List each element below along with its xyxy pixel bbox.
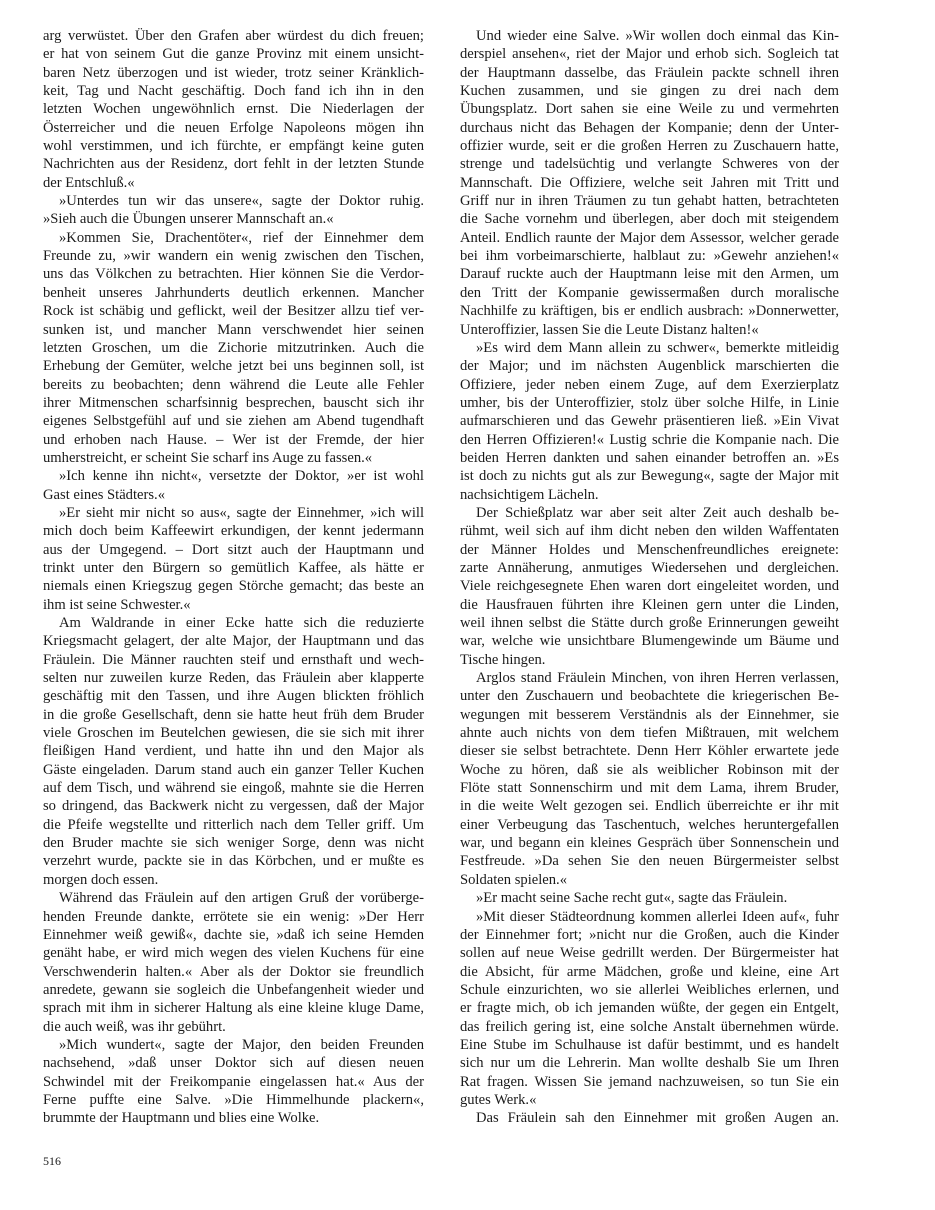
text-line: strenge und tadelsüchtig und verlangte S…: [460, 155, 839, 173]
text-line: dieser sie selbst betrachtete. Denn Herr…: [460, 742, 839, 760]
text-line: den Bruder machte sie sich weniger Sorge…: [43, 834, 424, 852]
text-line: Österreicher und die neuen Erfolge Napol…: [43, 119, 424, 137]
text-line: unter den Zuschauern und beobachtete die…: [460, 687, 839, 705]
text-line: Darauf ruckte auch der Hauptmann leise m…: [460, 265, 839, 283]
text-line: Anteil. Endlich raunte der Major dem Ass…: [460, 229, 839, 247]
text-line: Kriegsmacht gelagert, der alte Major, de…: [43, 632, 424, 650]
text-line: Arglos stand Fräulein Minchen, von ihren…: [460, 669, 839, 687]
text-line: genäht habe, er wird mich wegen des viel…: [43, 944, 424, 962]
text-line: die Hausfrauen führten ihre Kleinen gern…: [460, 596, 839, 614]
text-line: Nachrichten aus der Residenz, dort fehlt…: [43, 155, 424, 173]
text-line: Gäste eingeladen. Darum stand auch ein g…: [43, 761, 424, 779]
text-line: »Mich wundert«, sagte der Major, den bei…: [43, 1036, 424, 1054]
text-line: ihrer Mitmenschen scharfsinnig bespreche…: [43, 394, 424, 412]
text-line: die auch weiß, was ihr gebührt.: [43, 1018, 424, 1036]
text-line: verzehrt wurde, packte sie in das Körbch…: [43, 852, 424, 870]
text-line: »Ich kenne ihn nicht«, versetzte der Dok…: [43, 467, 424, 485]
text-line: der Hauptmann dasselbe, das Fräulein pac…: [460, 64, 839, 82]
text-line: letzten Groschen, um die Zichorie mitzut…: [43, 339, 424, 357]
text-line: den Tritt der Kompanie gewissermaßen dur…: [460, 284, 839, 302]
text-line: trinkt unter den Bürgern so gemütlich Ka…: [43, 559, 424, 577]
text-line: die Pfeife wegstellte und ritterlich nac…: [43, 816, 424, 834]
text-line: selten nur zuweilen kurze Reden, das Frä…: [43, 669, 424, 687]
text-line: die Sache vornehm und überlegen, aber do…: [460, 210, 839, 228]
text-line: Und wieder eine Salve. »Wir wollen doch …: [460, 27, 839, 45]
text-line: Das Fräulein sah den Einnehmer mit große…: [460, 1109, 839, 1127]
text-line: Nachhilfe zu kräftigen, bis er endlich a…: [460, 302, 839, 320]
text-line: »Er sieht mir nicht so aus«, sagte der E…: [43, 504, 424, 522]
text-line: Kuchen zusammen, und sie gingen zu drei …: [460, 82, 839, 100]
text-line: »Unterdes tun wir das unsere«, sagte der…: [43, 192, 424, 210]
text-line: umher, bis der Unteroffizier, stolz über…: [460, 394, 839, 412]
text-line: war, welche wie unsichtbare Blumengewind…: [460, 632, 839, 650]
text-line: »Er macht seine Sache recht gut«, sagte …: [460, 889, 839, 907]
text-line: Übungsplatz. Dort sahen sie eine Weile z…: [460, 100, 839, 118]
text-line: sich nur um die Lehrerin. Man wollte des…: [460, 1054, 839, 1072]
text-line: er fragte mich, ob ich jemanden wüßte, d…: [460, 999, 839, 1017]
text-line: Schule einzurichten, wo sie allerlei Wei…: [460, 981, 839, 999]
text-line: ahnte auch nichts von dem tiefen Mißtrau…: [460, 724, 839, 742]
text-line: Eine Stube im Schulhause ist dafür besti…: [460, 1036, 839, 1054]
text-line: wegungen mit besserem Verständnis als de…: [460, 706, 839, 724]
text-line: er hat von seinem Gut die ganze Provinz …: [43, 45, 424, 63]
text-line: wohl verstimmen, und ich fürchte, er emp…: [43, 137, 424, 155]
text-line: einer Verbeugung das Taschentuch, welche…: [460, 816, 839, 834]
text-line: »Sieh auch die Übungen unserer Mannschaf…: [43, 210, 424, 228]
text-line: Griff nur in ihren Träumen zu tun gehabt…: [460, 192, 839, 210]
text-line: ihm ist seine Schwester.«: [43, 596, 424, 614]
text-line: letzten Wochen ungewöhnlich ernst. Die N…: [43, 100, 424, 118]
text-line: rühmt, weil sich auf ihm dicht neben den…: [460, 522, 839, 540]
left-text-column: arg verwüstet. Über den Grafen aber würd…: [43, 27, 424, 1128]
text-line: derspiel ansehen«, riet der Major und er…: [460, 45, 839, 63]
text-line: gutes Werk.«: [460, 1091, 839, 1109]
text-line: weil ihnen selbst die Stätte durch große…: [460, 614, 839, 632]
text-line: der Entschluß.«: [43, 174, 424, 192]
text-line: »Es wird dem Mann allein zu schwer«, bem…: [460, 339, 839, 357]
text-line: sprach mit ihm in sicherer Haltung als e…: [43, 999, 424, 1017]
text-line: Während das Fräulein auf den artigen Gru…: [43, 889, 424, 907]
book-page: arg verwüstet. Über den Grafen aber würd…: [0, 0, 935, 1210]
right-text-column: Und wieder eine Salve. »Wir wollen doch …: [460, 27, 839, 1128]
text-line: niemals einen Kriegszug gegen Störche ge…: [43, 577, 424, 595]
text-line: Mannschaft. Die Offiziere, welche seit J…: [460, 174, 839, 192]
text-line: nachsehend, »daß unser Doktor sich auf d…: [43, 1054, 424, 1072]
text-line: Fräulein. Die Männer rauchten steif und …: [43, 651, 424, 669]
text-line: viele Groschen im Beutelchen gewiesen, d…: [43, 724, 424, 742]
text-line: fleißigen Hand verdient, und hatte ihn u…: [43, 742, 424, 760]
text-line: Ferne puffte eine Salve. »Die Himmelhund…: [43, 1091, 424, 1109]
text-line: Verschwenderin halten.« Aber als der Dok…: [43, 963, 424, 981]
text-line: »Kommen Sie, Drachentöter«, rief der Ein…: [43, 229, 424, 247]
text-line: Am Waldrande in einer Ecke hatte sich di…: [43, 614, 424, 632]
text-line: mich doch beim Kaffeewirt erkundigen, de…: [43, 522, 424, 540]
text-line: sunken ist, und mancher Mann verschwende…: [43, 321, 424, 339]
text-line: das freilich gering ist, eine solche Ans…: [460, 1018, 839, 1036]
text-line: offizier wurde, seit er die großen Herre…: [460, 137, 839, 155]
text-line: Festfreude. »Da sehen Sie den neuen Bürg…: [460, 852, 839, 870]
text-line: uns das Völkchen zu betrachten. Hier kön…: [43, 265, 424, 283]
text-line: henden Freunde dankte, errötete sie ein …: [43, 908, 424, 926]
text-line: aufmarschieren und das Gewehr präsentier…: [460, 412, 839, 430]
text-line: aus der Umgegend. – Dort sitzt auch der …: [43, 541, 424, 559]
text-line: der Männer Holdes und Menschenfreundlich…: [460, 541, 839, 559]
text-line: und erhoben nach Hause. – Wer ist der Fr…: [43, 431, 424, 449]
text-line: arg verwüstet. Über den Grafen aber würd…: [43, 27, 424, 45]
text-line: eigenes Selbstgefühl auf und sie ziehen …: [43, 412, 424, 430]
text-line: brummte der Hauptmann und blies eine Wol…: [43, 1109, 424, 1127]
text-line: zarte Annäherung, anmutiges Wiedersehen …: [460, 559, 839, 577]
text-line: Tische hingen.: [460, 651, 839, 669]
text-line: Woche zu hören, daß sie als weiblicher R…: [460, 761, 839, 779]
text-line: baren Netz überzogen und ist wieder, tro…: [43, 64, 424, 82]
text-line: nachsichtigem Lächeln.: [460, 486, 839, 504]
text-line: keit, Tag und Nacht geschäftig. Doch fan…: [43, 82, 424, 100]
text-line: benheit unseres Jahrhunderts deutlich er…: [43, 284, 424, 302]
text-line: in die große Gesellschaft, denn sie hatt…: [43, 706, 424, 724]
text-line: Rat fragen. Wissen Sie jemand nachzuweis…: [460, 1073, 839, 1091]
text-line: anredete, gewann sie sogleich die Unbefa…: [43, 981, 424, 999]
text-line: war, und begann ein kleines Gespräch übe…: [460, 834, 839, 852]
text-line: geschäftig mit den Tassen, und ihre Auge…: [43, 687, 424, 705]
text-line: umherstreicht, er scheint Sie scharf ins…: [43, 449, 424, 467]
text-line: sollen auf neue Weise gedrillt werden. D…: [460, 944, 839, 962]
page-number: 516: [43, 1154, 61, 1169]
text-line: Unteroffizier, lassen Sie die Leute Dist…: [460, 321, 839, 339]
text-line: Erhebung der Gemüter, welche jetzt bei u…: [43, 357, 424, 375]
text-line: Soldaten spielen.«: [460, 871, 839, 889]
text-line: so dringend, das Backwerk nicht zu verge…: [43, 797, 424, 815]
text-line: Gast eines Städters.«: [43, 486, 424, 504]
text-line: den Herren Offizieren!« Lustig schrie di…: [460, 431, 839, 449]
text-line: ist doch zu nichts gut als zur Bewegung«…: [460, 467, 839, 485]
text-line: bereits zu beobachten; denn während die …: [43, 376, 424, 394]
text-line: morgen doch essen.: [43, 871, 424, 889]
text-line: Der Schießplatz war aber seit alter Zeit…: [460, 504, 839, 522]
text-line: Rock ist schäbig und geflickt, weil der …: [43, 302, 424, 320]
text-line: »Mit dieser Städteordnung kommen allerle…: [460, 908, 839, 926]
text-line: Schwindel mit der Freikompanie eingelass…: [43, 1073, 424, 1091]
text-line: Flöte statt Sonnenschirm und mit dem Lam…: [460, 779, 839, 797]
text-line: durchaus nicht das Behagen der Kompanie;…: [460, 119, 839, 137]
text-line: bei ihm vorbeimarschierte, halblaut zu: …: [460, 247, 839, 265]
text-line: auf dem Tisch, und während sie eingoß, m…: [43, 779, 424, 797]
text-line: Freunde zu, »wir wandern ein wenig zwisc…: [43, 247, 424, 265]
text-line: die Absicht, für arme Mädchen, große und…: [460, 963, 839, 981]
text-line: Viele reichgesegnete Ehen waren dort ein…: [460, 577, 839, 595]
text-line: der Major; und im nächsten Augenblick ma…: [460, 357, 839, 375]
text-line: in die weite Welt gezogen sei. Endlich ü…: [460, 797, 839, 815]
text-line: Offiziere, jeder neben einem Zuge, auf d…: [460, 376, 839, 394]
text-line: beiden Herren dankten und sahen einander…: [460, 449, 839, 467]
text-line: der Einnehmer fort; »nicht nur die Große…: [460, 926, 839, 944]
text-line: Einnehmer weiß gewiß«, dachte sie, »daß …: [43, 926, 424, 944]
